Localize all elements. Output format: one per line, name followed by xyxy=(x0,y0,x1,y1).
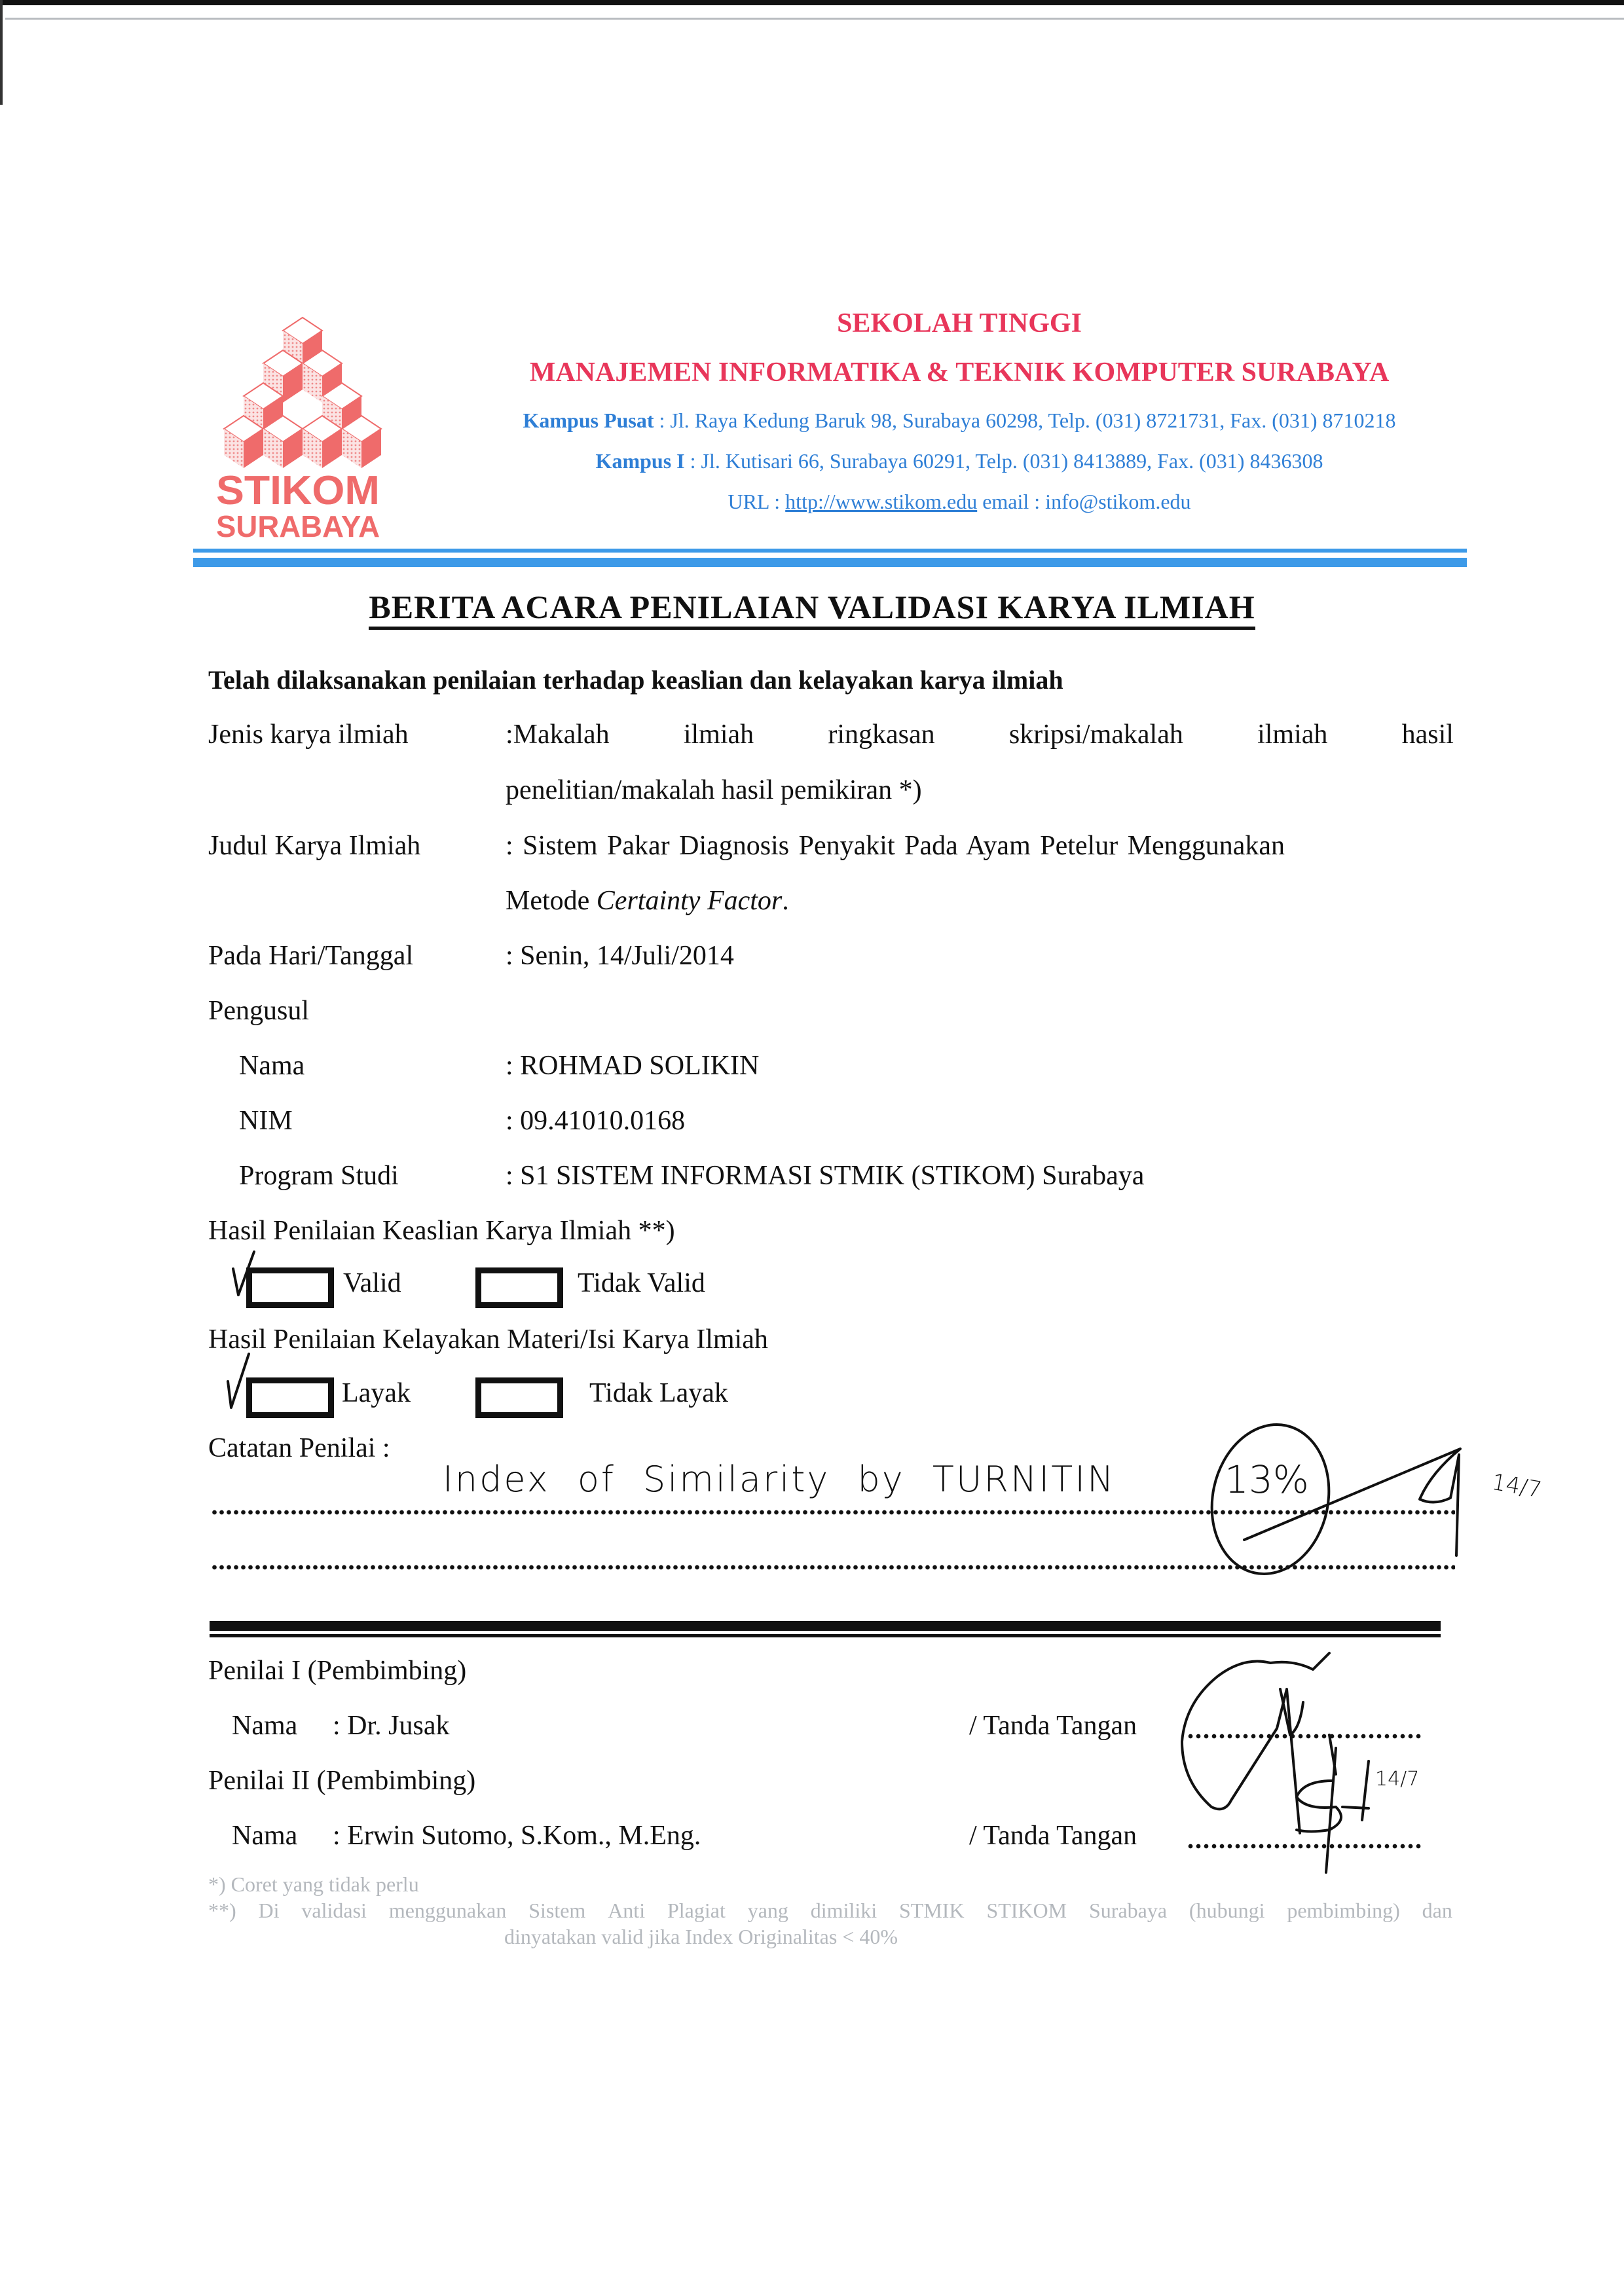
signature-divider-thick xyxy=(210,1621,1441,1631)
penilai-2-nama-label: Nama xyxy=(232,1820,297,1851)
penilai-2-signature-date: 14/7 xyxy=(1375,1768,1419,1791)
document-title: BERITA ACARA PENILAIAN VALIDASI KARYA IL… xyxy=(196,588,1428,626)
prodi-value: : S1 SISTEM INFORMASI STMIK (STIKOM) Sur… xyxy=(506,1160,1144,1192)
penilai-1-signature-line[interactable] xyxy=(1187,1734,1422,1739)
signature-divider-thin xyxy=(210,1634,1441,1637)
nama-value: : ROHMAD SOLIKIN xyxy=(506,1050,759,1082)
jenis-value-line1: :Makalah ilmiah ringkasan skripsi/makala… xyxy=(506,719,1454,750)
penilai-1-heading: Penilai I (Pembimbing) xyxy=(208,1655,466,1686)
tidak-valid-option-label: Tidak Valid xyxy=(578,1267,705,1299)
tidak-valid-checkbox[interactable] xyxy=(475,1267,563,1308)
notes-line-2[interactable] xyxy=(211,1565,1455,1570)
jenis-value-line2: penelitian/makalah hasil pemikiran *) xyxy=(506,774,922,806)
penilai-2-signature-label: / Tanda Tangan xyxy=(969,1820,1137,1851)
footnote-1: *) Coret yang tidak perlu xyxy=(208,1872,419,1897)
campus-main-address: Kampus Pusat : Jl. Raya Kedung Baruk 98,… xyxy=(393,409,1526,433)
layak-option-label: Layak xyxy=(342,1377,411,1409)
penilai-1-signature-icon xyxy=(1182,1653,1329,1833)
footnote-2-line1: **)DivalidasimenggunakanSistemAntiPlagia… xyxy=(208,1899,1452,1923)
initial-date: 14/7 xyxy=(1490,1469,1543,1504)
scan-edge-left xyxy=(0,0,3,105)
kelayakan-label: Hasil Penilaian Kelayakan Materi/Isi Kar… xyxy=(208,1324,768,1355)
url-label: URL : xyxy=(728,490,785,513)
judul-label: Judul Karya Ilmiah xyxy=(208,830,420,862)
institution-line-1: SEKOLAH TINGGI xyxy=(393,308,1526,339)
nama-label: Nama xyxy=(239,1050,304,1082)
judul-value-line2: Metode Certainty Factor. xyxy=(506,885,789,917)
tanggal-value: : Senin, 14/Juli/2014 xyxy=(506,940,734,972)
penilai-2-heading: Penilai II (Pembimbing) xyxy=(208,1765,475,1796)
contact-line: URL : http://www.stikom.edu email : info… xyxy=(393,490,1526,514)
similarity-value: 13% xyxy=(1225,1457,1309,1502)
keaslian-label: Hasil Penilaian Keaslian Karya Ilmiah **… xyxy=(208,1215,675,1247)
header-divider-thick xyxy=(193,558,1467,567)
jenis-label: Jenis karya ilmiah xyxy=(208,719,409,750)
campus-main-text: : Jl. Raya Kedung Baruk 98, Surabaya 602… xyxy=(654,409,1396,432)
valid-checkbox[interactable] xyxy=(246,1267,334,1308)
campus-1-label: Kampus I xyxy=(596,449,685,473)
svg-text:SURABAYA: SURABAYA xyxy=(216,509,380,543)
stikom-cubes-logo-icon: STIKOM SURABAYA xyxy=(210,308,386,543)
intro-text: Telah dilaksanakan penilaian terhadap ke… xyxy=(208,665,1063,695)
penilai-2-signature-icon xyxy=(1297,1735,1369,1872)
footnote-2-line2: dinyatakan valid jika Index Originalitas… xyxy=(504,1925,898,1949)
penilai-1-nama-value: : Dr. Jusak xyxy=(333,1710,450,1741)
campus-1-address: Kampus I : Jl. Kutisari 66, Surabaya 602… xyxy=(393,449,1526,473)
institution-line-2: MANAJEMEN INFORMATIKA & TEKNIK KOMPUTER … xyxy=(393,357,1526,388)
header-divider-thin xyxy=(193,549,1467,553)
penilai-2-nama-value: : Erwin Sutomo, S.Kom., M.Eng. xyxy=(333,1820,701,1851)
penilai-2-signature-line[interactable] xyxy=(1187,1844,1422,1849)
catatan-label: Catatan Penilai : xyxy=(208,1432,390,1464)
layak-checkbox[interactable] xyxy=(246,1377,334,1418)
prodi-label: Program Studi xyxy=(239,1160,399,1192)
tidak-layak-checkbox[interactable] xyxy=(475,1377,563,1418)
campus-1-text: : Jl. Kutisari 66, Surabaya 60291, Telp.… xyxy=(685,449,1323,473)
website-link[interactable]: http://www.stikom.edu xyxy=(785,490,977,513)
scan-edge-top xyxy=(0,0,1624,5)
pengusul-label: Pengusul xyxy=(208,995,309,1027)
tanggal-label: Pada Hari/Tanggal xyxy=(208,940,413,972)
nim-value: : 09.41010.0168 xyxy=(506,1105,685,1137)
notes-line-1[interactable] xyxy=(211,1510,1455,1515)
handwritten-note: Index of Similarity by TURNITIN xyxy=(443,1459,1116,1500)
judul-value-line1: : Sistem Pakar Diagnosis Penyakit Pada A… xyxy=(506,830,1285,862)
stikom-logo: STIKOM SURABAYA xyxy=(210,308,386,543)
penilai-1-signature-label: / Tanda Tangan xyxy=(969,1710,1137,1741)
campus-main-label: Kampus Pusat xyxy=(523,409,654,432)
tidak-layak-option-label: Tidak Layak xyxy=(589,1377,728,1409)
scan-edge-line xyxy=(5,18,1624,20)
penilai-1-nama-label: Nama xyxy=(232,1710,297,1741)
email-text: email : info@stikom.edu xyxy=(977,490,1190,513)
nim-label: NIM xyxy=(239,1105,293,1137)
valid-option-label: Valid xyxy=(343,1267,401,1299)
svg-text:STIKOM: STIKOM xyxy=(216,468,380,513)
